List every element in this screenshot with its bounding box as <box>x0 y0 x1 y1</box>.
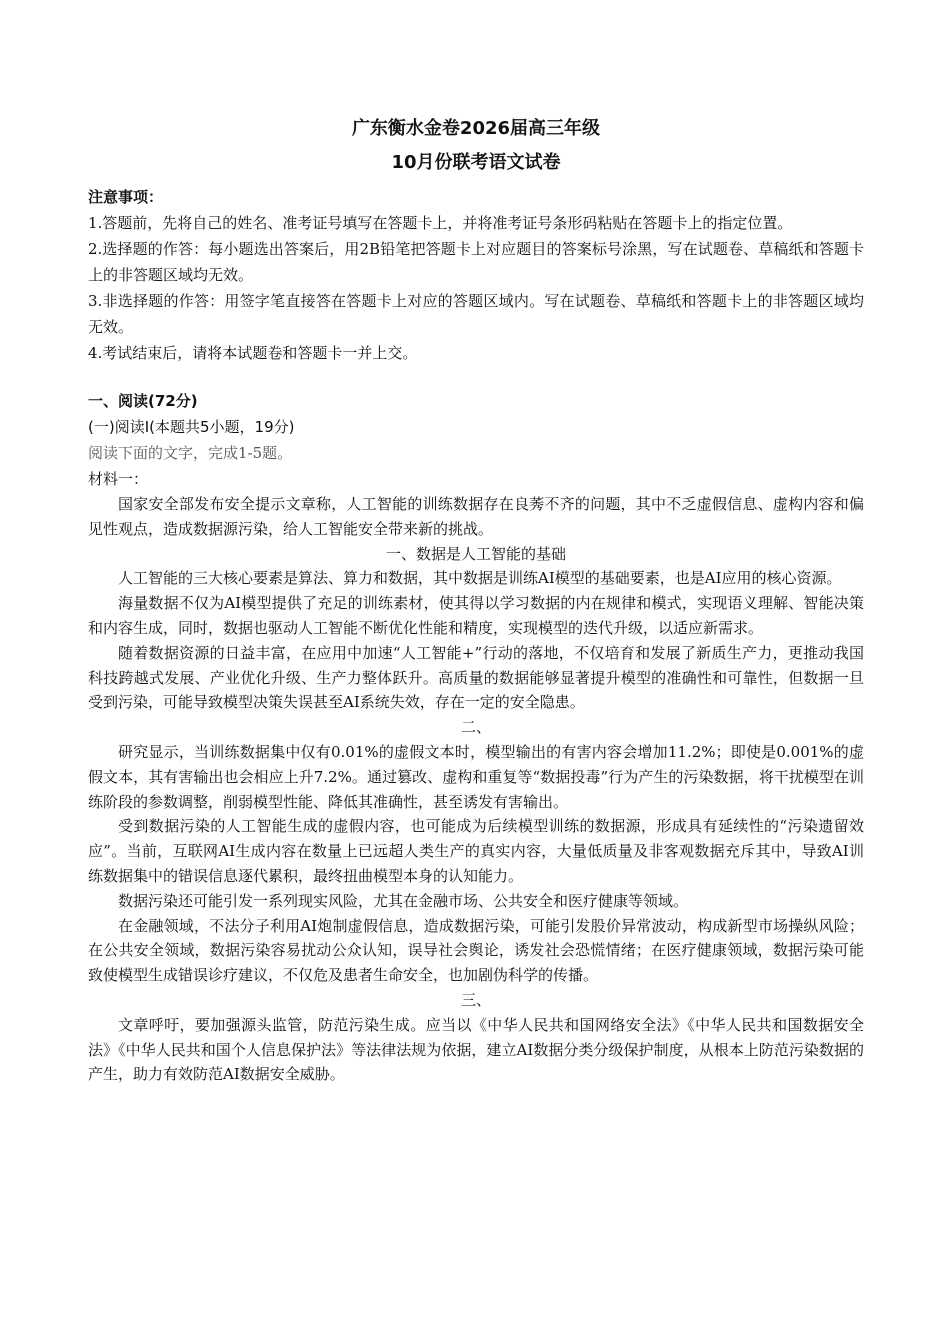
notice-item: 2.选择题的作答：每小题选出答案后，用2B铅笔把答题卡上对应题目的答案标号涂黑，… <box>88 236 864 288</box>
part3-heading: 三、 <box>88 988 864 1013</box>
paragraph: 随着数据资源的日益丰富，在应用中加速“人工智能+”行动的落地，不仅培育和发展了新… <box>88 641 864 715</box>
notice-block: 注意事项： 1.答题前，先将自己的姓名、准考证号填写在答题卡上，并将准考证号条形… <box>88 184 864 366</box>
section-subheading: (一)阅读Ⅰ(本题共5小题，19分) <box>88 414 864 440</box>
notice-item: 3.非选择题的作答：用签字笔直接答在答题卡上对应的答题区域内。写在试题卷、草稿纸… <box>88 288 864 340</box>
paragraph: 数据污染还可能引发一系列现实风险，尤其在金融市场、公共安全和医疗健康等领域。 <box>88 889 864 914</box>
paragraph: 研究显示，当训练数据集中仅有0.01%的虚假文本时，模型输出的有害内容会增加11… <box>88 740 864 814</box>
material-intro: 国家安全部发布安全提示文章称，人工智能的训练数据存在良莠不齐的问题，其中不乏虚假… <box>88 492 864 542</box>
paragraph: 海量数据不仅为AI模型提供了充足的训练素材，使其得以学习数据的内在规律和模式，实… <box>88 591 864 641</box>
part1-heading: 一、数据是人工智能的基础 <box>88 542 864 567</box>
section-instruction: 阅读下面的文字，完成1-5题。 <box>88 440 864 466</box>
notice-item: 1.答题前，先将自己的姓名、准考证号填写在答题卡上，并将准考证号条形码粘贴在答题… <box>88 210 864 236</box>
paragraph: 文章呼吁，要加强源头监管，防范污染生成。应当以《中华人民共和国网络安全法》《中华… <box>88 1013 864 1087</box>
paragraph: 受到数据污染的人工智能生成的虚假内容，也可能成为后续模型训练的数据源，形成具有延… <box>88 814 864 888</box>
exam-title-line1: 广东衡水金卷2026届高三年级 <box>88 112 864 146</box>
section-heading: 一、阅读(72分) <box>88 388 864 414</box>
material-label: 材料一： <box>88 466 864 492</box>
paragraph: 在金融领域，不法分子利用AI炮制虚假信息，造成数据污染，可能引发股价异常波动，构… <box>88 914 864 988</box>
notice-item: 4.考试结束后，请将本试题卷和答题卡一并上交。 <box>88 340 864 366</box>
exam-title-line2: 10月份联考语文试卷 <box>88 146 864 180</box>
part2-heading: 二、 <box>88 715 864 740</box>
notice-heading: 注意事项： <box>88 184 864 210</box>
reading-section: 一、阅读(72分) (一)阅读Ⅰ(本题共5小题，19分) 阅读下面的文字，完成1… <box>88 388 864 1087</box>
paragraph: 人工智能的三大核心要素是算法、算力和数据，其中数据是训练AI模型的基础要素，也是… <box>88 566 864 591</box>
exam-page: 广东衡水金卷2026届高三年级 10月份联考语文试卷 注意事项： 1.答题前，先… <box>88 112 864 1087</box>
spacer <box>88 366 864 388</box>
